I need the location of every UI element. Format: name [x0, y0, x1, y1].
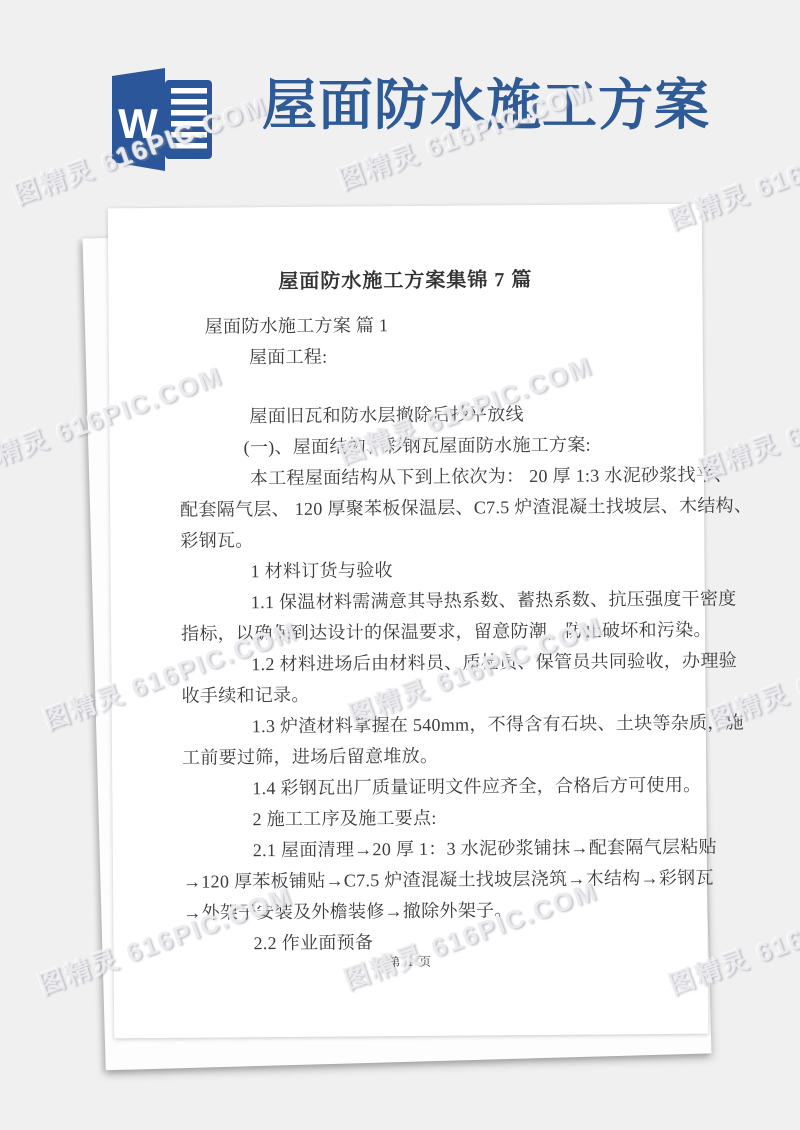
preview-canvas: W 屋面防水施工方案 屋面防水施工方案集锦 7 篇 屋面防水施工方案 篇 1屋面…: [0, 0, 800, 1130]
doc-line: 屋面防水施工方案 篇 1: [179, 308, 671, 343]
doc-line: 1.4 彩钢瓦出厂质量证明文件应齐全，合格后方可使用。: [182, 770, 674, 805]
doc-line: 屋面旧瓦和防水层撤除后抄平放线: [179, 398, 671, 433]
doc-body: 屋面防水施工方案 篇 1屋面工程:屋面旧瓦和防水层撤除后抄平放线(一)、屋面结构…: [179, 308, 676, 960]
page-title: 屋面防水施工方案: [262, 76, 722, 140]
document-page: 屋面防水施工方案集锦 7 篇 屋面防水施工方案 篇 1屋面工程:屋面旧瓦和防水层…: [108, 204, 709, 1039]
footer-prefix: 第: [388, 955, 402, 969]
page-footer: 第1页: [114, 951, 708, 973]
doc-line: 工前要过筛，进场后留意堆放。: [182, 739, 674, 774]
doc-line: 指标，以确保到达设计的保温要求，留意防潮，防止破坏和污染。: [181, 615, 673, 650]
doc-line: 1.2 材料进场后由材料员、质检员、保管员共同验收，办理验: [181, 646, 673, 681]
doc-heading: 屋面防水施工方案集锦 7 篇: [108, 262, 702, 296]
footer-page-number: 1: [406, 954, 415, 969]
doc-line: (一)、屋面结构、彩钢瓦屋面防水施工方案:: [180, 429, 672, 464]
doc-line: →外架子安装及外檐装修→撤除外架子。: [183, 894, 675, 929]
doc-line: 1 材料订货与验收: [180, 553, 672, 588]
doc-line: 彩钢瓦。: [180, 522, 672, 557]
doc-line: 配套隔气层、 120 厚聚苯板保温层、C7.5 炉渣混凝土找坡层、木结构、: [180, 491, 672, 526]
word-icon-lines: [165, 80, 212, 159]
word-icon: W: [106, 60, 218, 176]
doc-line: 2 施工工序及施工要点:: [182, 801, 674, 836]
doc-line: 1.1 保温材料需满意其导热系数、蓄热系数、抗压强度干密度: [181, 584, 673, 619]
word-icon-cover: W: [112, 68, 165, 171]
footer-suffix: 页: [419, 955, 433, 969]
doc-line: →120 厚苯板铺贴→C7.5 炉渣混凝土找坡层浇筑→木结构→彩钢瓦: [183, 863, 675, 898]
doc-line: 收手续和记录。: [181, 677, 673, 712]
doc-line: 2.1 屋面清理→20 厚 1：3 水泥砂浆铺抹→配套隔气层粘贴: [183, 832, 675, 867]
doc-line: 1.3 炉渣材料掌握在 540mm，不得含有石块、土块等杂质，施: [182, 708, 674, 743]
doc-line: 本工程屋面结构从下到上依次为： 20 厚 1:3 水泥砂浆找平、: [180, 460, 672, 495]
doc-line: 屋面工程:: [179, 339, 671, 374]
word-icon-letter: W: [118, 100, 158, 147]
